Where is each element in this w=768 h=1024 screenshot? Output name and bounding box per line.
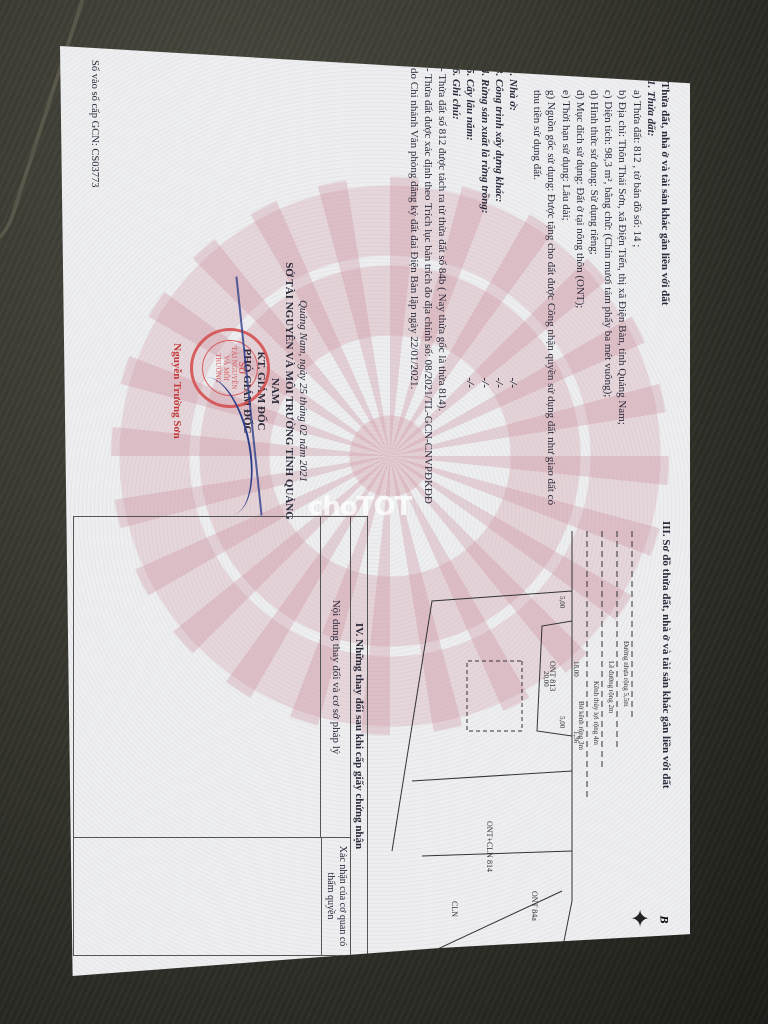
issuing-org: SỞ TÀI NGUYÊN VÀ MÔI TRƯỜNG TỈNH QUẢNG N…	[268, 261, 296, 521]
parcel-area: c) Diện tích: 98,3 m², bằng chữ: (Chín m…	[601, 68, 615, 508]
land-heading: 1. Thửa đất:	[644, 68, 658, 508]
chotot-watermark: choTOT	[308, 492, 411, 522]
usage-form: d) Hình thức sử dụng: Sử dụng riêng;	[587, 68, 601, 508]
road-label: Kênh thủy lợi rộng 4m	[592, 681, 600, 746]
section-ii: II. Thửa đất, nhà ở và tài sản khác gắn …	[406, 68, 672, 508]
north-label: B	[657, 915, 672, 923]
dimension-label: 5,00	[558, 596, 566, 609]
parcel-label: CLN	[450, 901, 459, 917]
usage-purpose: đ) Mục đích sử dụng: Đất ở tại nông thôn…	[573, 68, 587, 508]
section-iv-title: IV. Những thay đổi sau khi cấp giấy chứn…	[350, 517, 367, 955]
parcel-label: ONT+CLN 814	[485, 821, 494, 872]
registry-number: Số vào sổ cấp GCN: CS03773	[89, 60, 100, 187]
note-2: - Thửa đất được xác định theo Trích lục …	[406, 68, 434, 508]
dimension-label: 18,00	[572, 661, 580, 677]
note-1: - Thửa đất số 812 được tách ra từ thửa đ…	[435, 68, 449, 508]
parcel-address: b) Địa chỉ: Thôn Thái Sơn, xã Điện Tiến,…	[615, 68, 629, 508]
parcel-number: a) Thửa đất: 812 , tờ bản đồ số: 14 ;	[629, 68, 643, 508]
section-iii-map: III. Sơ đồ thửa đất, nhà ở và tài sản kh…	[377, 521, 672, 971]
item-perennial: 5. Cây lâu năm:-/-	[463, 68, 477, 508]
section-iv-table: IV. Những thay đổi sau khi cấp giấy chứn…	[73, 516, 368, 956]
section-ii-title: II. Thửa đất, nhà ở và tài sản khác gắn …	[658, 68, 672, 508]
dimension-label: 1,36	[572, 731, 580, 744]
item-notes: 6. Ghi chú:	[449, 68, 463, 508]
dimension-label: 5,00	[558, 716, 566, 729]
item-other-construction: 3. Công trình xây dựng khác:-/-	[492, 68, 506, 508]
signer-name: Nguyễn Trường Sơn	[170, 261, 184, 521]
dimension-label: 20,00	[542, 671, 550, 687]
item-house: 2. Nhà ở:-/-	[506, 68, 520, 508]
parcel-diagram: Đường nhựa rộng 5,5mLề đường rộng 2mKênh…	[377, 521, 672, 971]
place-date: Quảng Nam, ngày 25 tháng 02 năm 2021	[296, 261, 310, 521]
parcel-label: ONT 84a	[530, 891, 539, 921]
item-forest: 4. Rừng sản xuất là rừng trồng:-/-	[477, 68, 491, 508]
road-label: Lề đường rộng 2m	[607, 661, 615, 714]
north-arrow-icon: ✦	[630, 908, 650, 932]
changes-column-header: Nội dung thay đổi và cơ sở pháp lý	[320, 517, 351, 838]
road-label: Đường nhựa rộng 5,5m	[622, 641, 630, 707]
confirmation-column-header: Xác nhận của cơ quan có thẩm quyền	[321, 837, 351, 955]
usage-origin: g) Nguồn gốc sử dụng: Được tặng cho đất …	[530, 68, 558, 508]
usage-term: e) Thời hạn sử dụng: Lâu dài;	[558, 68, 572, 508]
